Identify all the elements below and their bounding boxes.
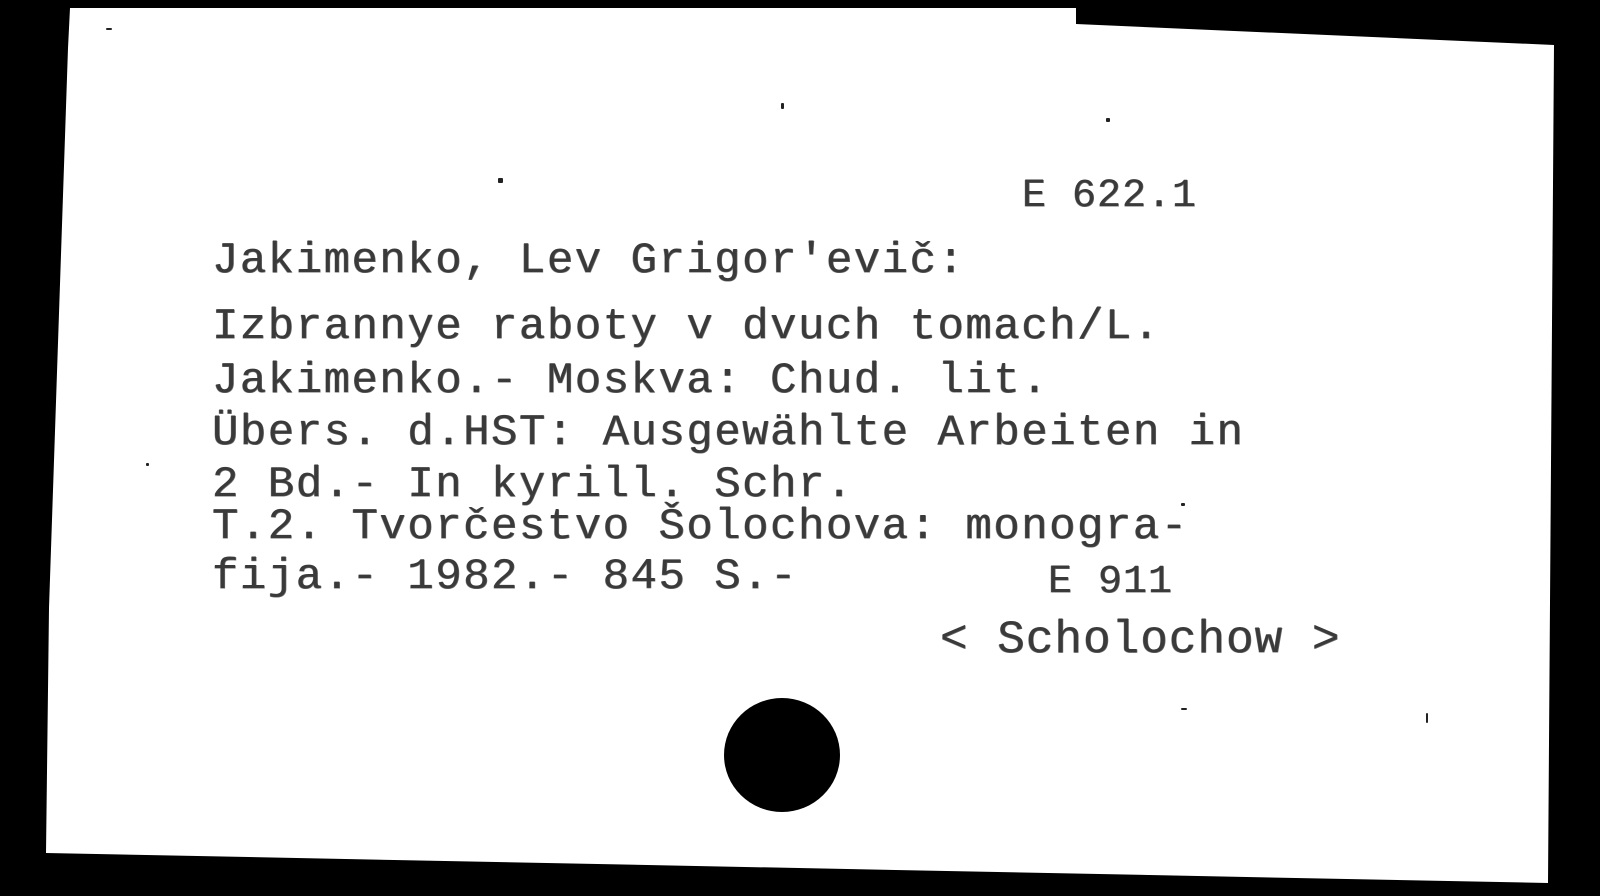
author-heading: Jakimenko, Lev Grigor'evič: (212, 236, 965, 286)
body-line-6: fija.- 1982.- 845 S.- (212, 552, 798, 602)
dust-speck (1181, 708, 1187, 710)
call-number-bottom: E 911 (1048, 560, 1173, 605)
body-line-2: Jakimenko.- Moskva: Chud. lit. (212, 356, 1049, 406)
subject-heading: < Scholochow > (940, 614, 1340, 666)
body-line-5: T.2. Tvorčestvo Šolochova: monogra- (212, 502, 1189, 552)
dust-speck (1426, 713, 1428, 723)
body-line-3: Übers. d.HST: Ausgewählte Arbeiten in (212, 408, 1244, 458)
call-number-top: E 622.1 (1022, 174, 1197, 219)
scanned-card-image: E 622.1 Jakimenko, Lev Grigor'evič: Izbr… (0, 0, 1600, 896)
dust-speck (146, 463, 149, 466)
dust-speck (781, 103, 784, 109)
punch-hole (724, 698, 840, 812)
body-line-1: Izbrannye raboty v dvuch tomach/L. (212, 302, 1161, 352)
dust-speck (498, 178, 503, 183)
dust-speck (106, 28, 112, 30)
dust-speck (1106, 118, 1110, 122)
